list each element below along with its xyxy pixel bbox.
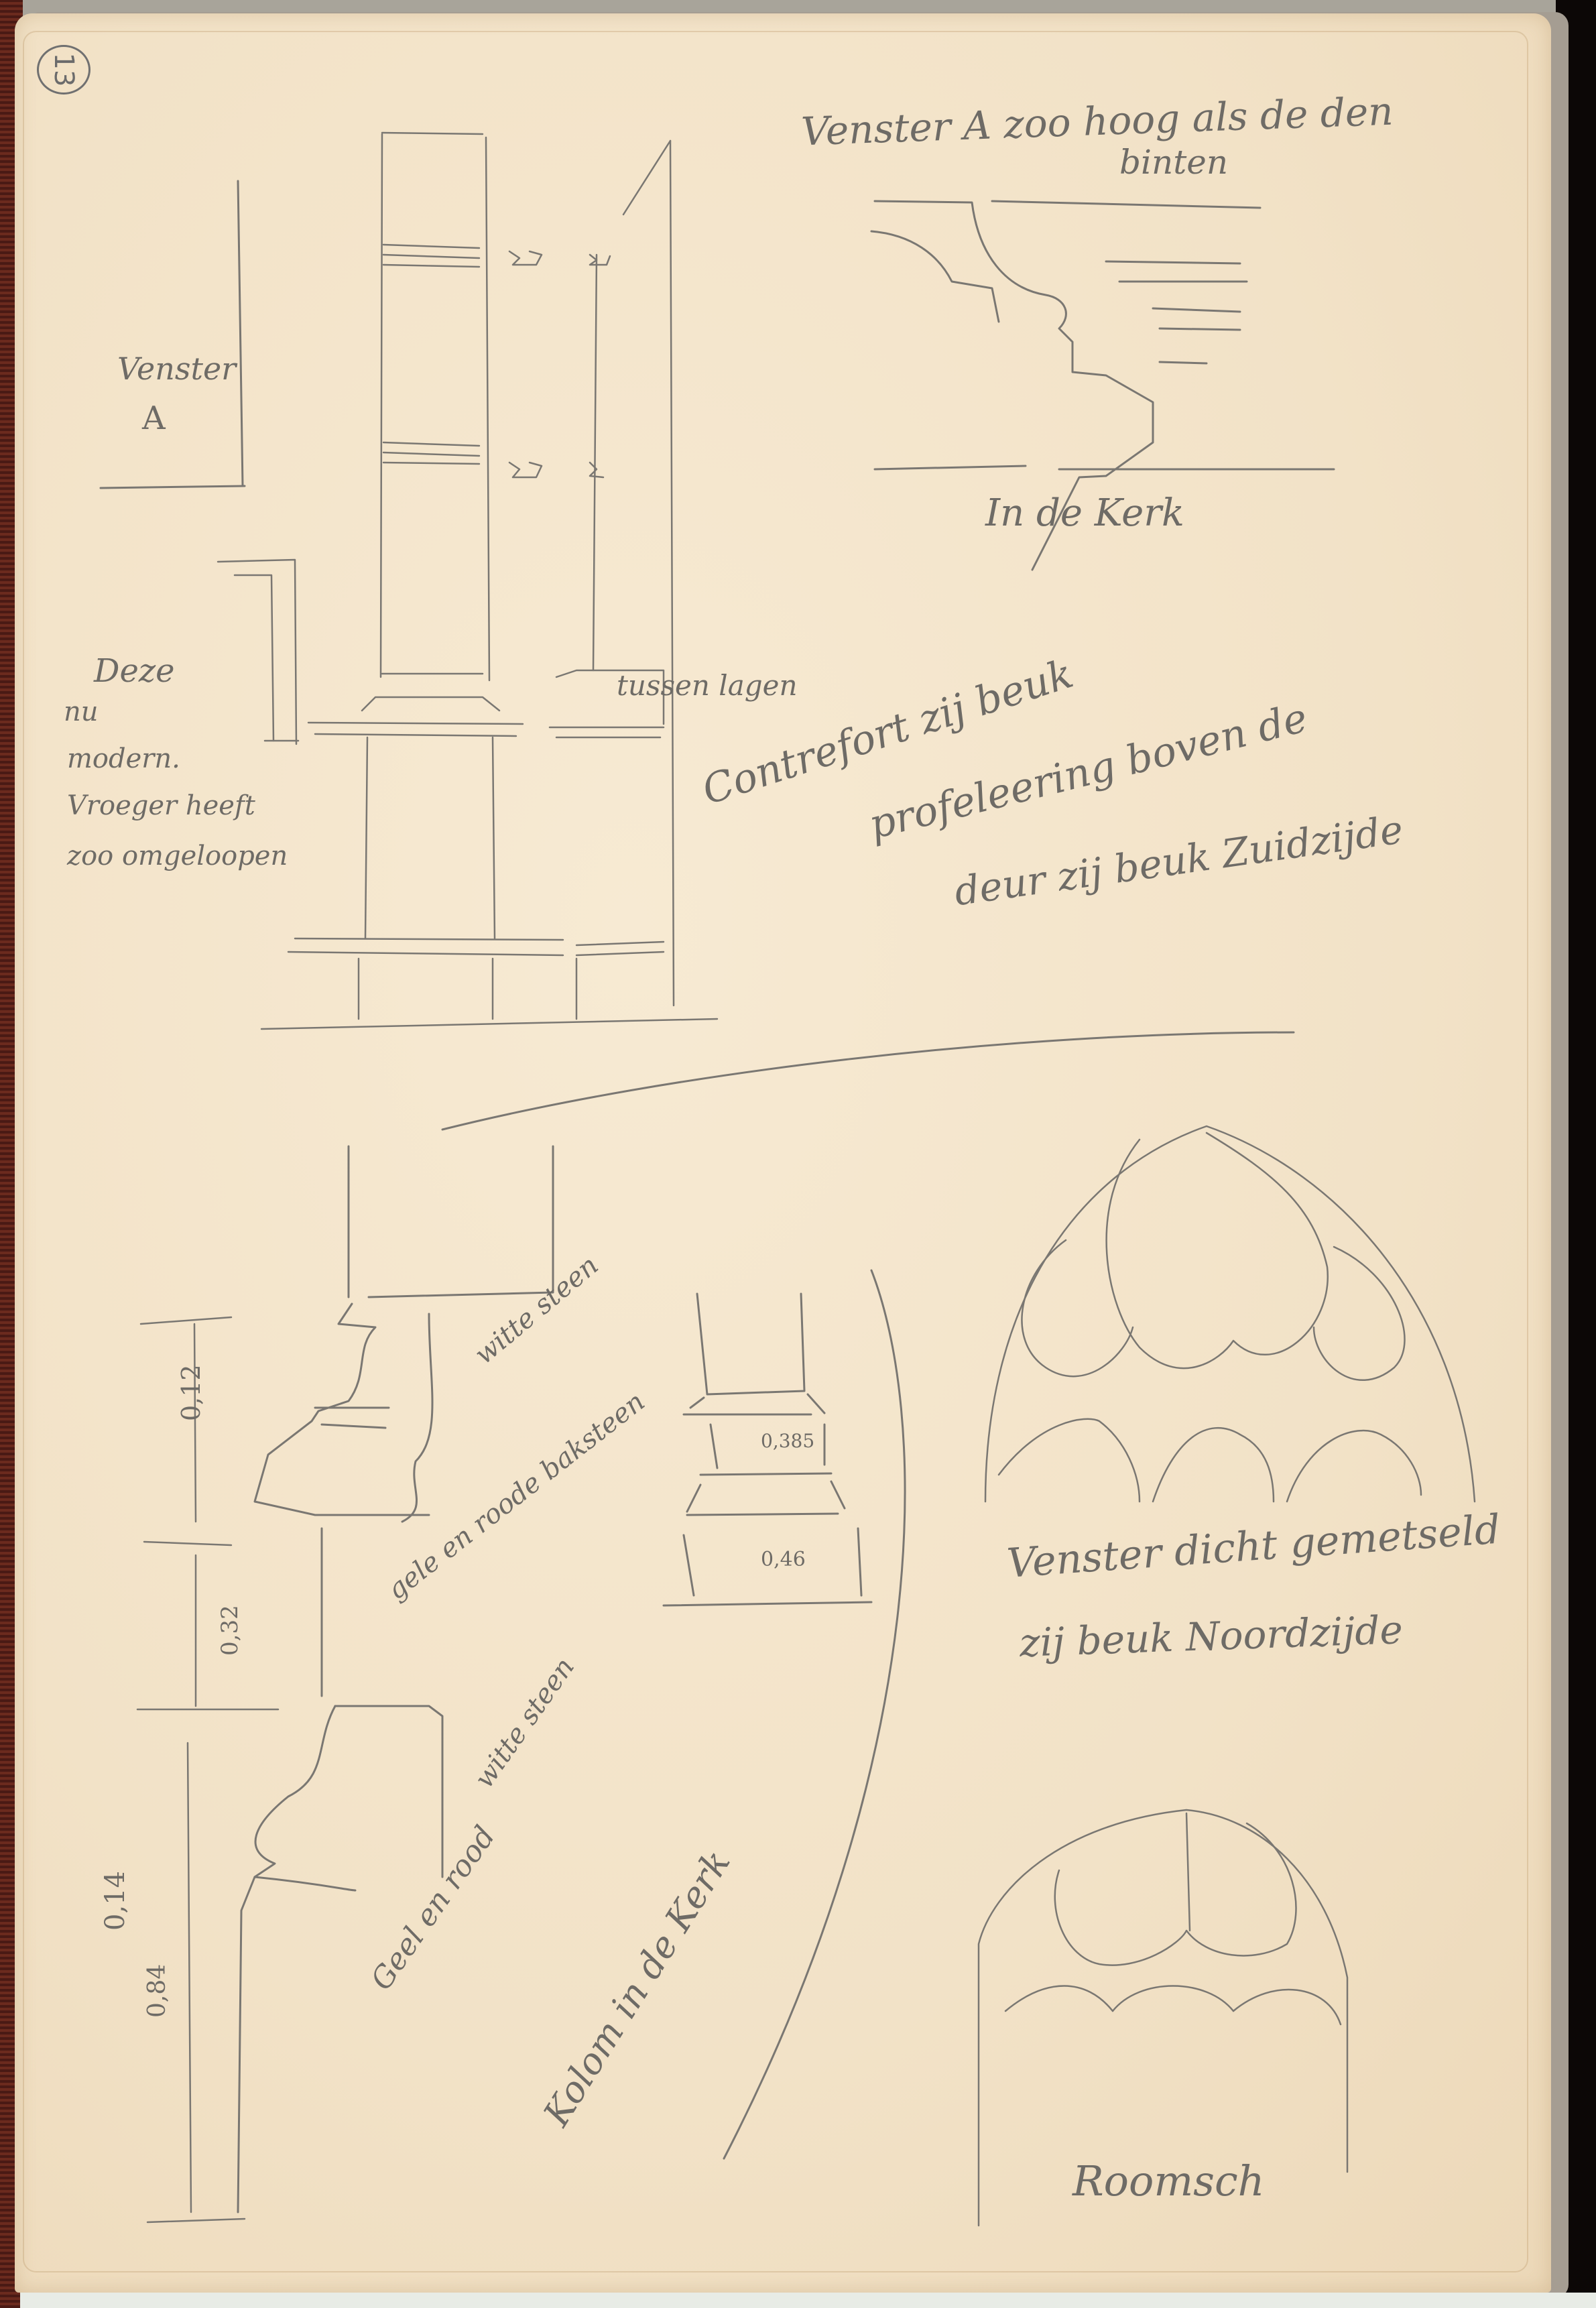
left-note-line3: modern. <box>67 744 180 774</box>
column-dimension-upper: 0,385 <box>761 1431 814 1452</box>
left-note-line2: nu <box>64 697 99 727</box>
buttress-elevation <box>261 133 717 1029</box>
column-dimension-lower: 0,46 <box>761 1548 806 1571</box>
left-bracket-sketch <box>218 560 298 744</box>
left-note-line1: Deze <box>94 654 175 689</box>
venster-a-title-line2: binten <box>1119 144 1228 181</box>
left-note-line5: zoo omgeloopen <box>67 841 288 871</box>
dimension-0-12: 0,12 <box>178 1364 206 1421</box>
venster-letter: A <box>142 401 166 436</box>
roomsch-label: Roomsch <box>1072 2159 1265 2204</box>
venster-label: Venster <box>117 352 236 386</box>
tussen-lagen-label: tussen lagen <box>617 670 798 701</box>
tracery-window-north <box>985 1126 1475 1502</box>
left-note-line4: Vroeger heeft <box>67 791 255 821</box>
section-divider <box>442 1032 1294 1130</box>
dimension-0-14: 0,14 <box>101 1871 130 1931</box>
dimension-0-32: 0,32 <box>218 1605 243 1656</box>
pencil-drawings <box>0 0 1596 2308</box>
dimension-0-84: 0,84 <box>144 1964 171 2018</box>
section-curve <box>724 1270 905 2159</box>
base-profile <box>238 1146 553 2212</box>
dimension-lines <box>137 1317 278 2222</box>
venster-a-frame <box>101 181 245 488</box>
in-de-kerk-caption: In de Kerk <box>985 493 1184 534</box>
